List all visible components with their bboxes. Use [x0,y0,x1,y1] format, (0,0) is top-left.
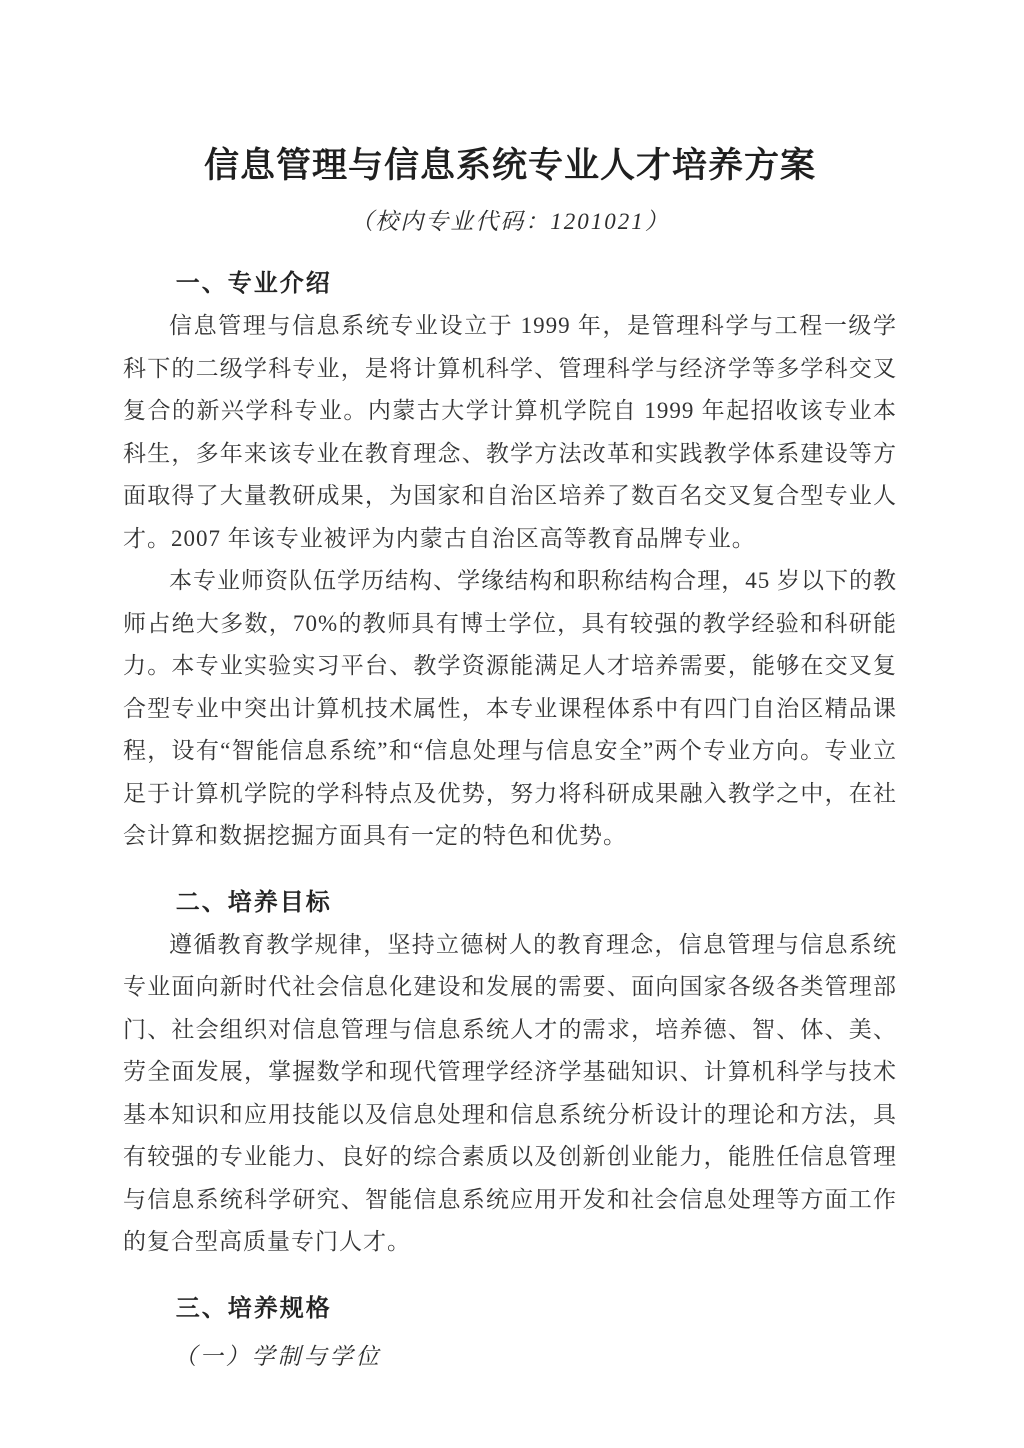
page-subtitle: （校内专业代码：1201021） [123,205,897,239]
paragraph-intro-history: 信息管理与信息系统专业设立于 1999 年，是管理科学与工程一级学科下的二级学科… [123,305,897,560]
section-heading-intro: 一、专业介绍 [123,262,897,305]
section-heading-specs: 三、培养规格 [123,1287,897,1330]
document-page: 信息管理与信息系统专业人才培养方案 （校内专业代码：1201021） 一、专业介… [0,0,1024,1448]
section-heading-goals: 二、培养目标 [123,881,897,924]
paragraph-intro-faculty: 本专业师资队伍学历结构、学缘结构和职称结构合理，45 岁以下的教师占绝大多数，7… [123,560,897,858]
paragraph-goals: 遵循教育教学规律，坚持立德树人的教育理念，信息管理与信息系统专业面向新时代社会信… [123,924,897,1264]
page-title: 信息管理与信息系统专业人才培养方案 [123,142,897,190]
subsection-heading-degree: （一）学制与学位 [123,1336,897,1379]
